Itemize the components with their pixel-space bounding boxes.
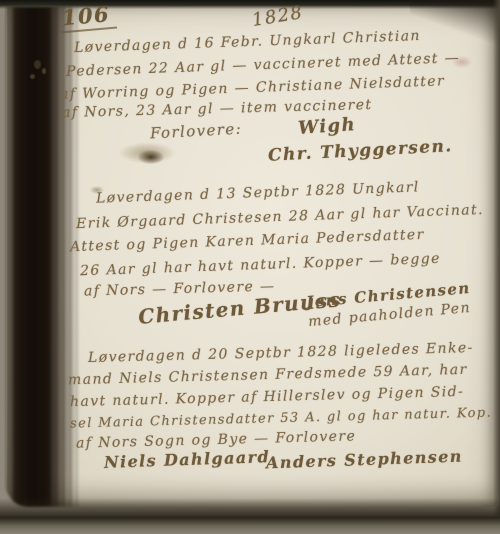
ink-blot: [30, 74, 35, 79]
ink-blot: [34, 60, 41, 69]
page-number: 106: [59, 1, 117, 34]
signature-wigh: Wigh: [297, 114, 356, 139]
ink-blot: [42, 68, 46, 74]
paper-stain: [138, 150, 164, 164]
book-binding: [6, 6, 78, 507]
photo-bottom-edge: [0, 498, 500, 534]
photo-right-edge: [493, 0, 500, 534]
scanned-parish-register-photo: 106 1828 Løverdagen d 16 Febr. Ungkarl C…: [0, 0, 500, 534]
photo-corner-shadow: [410, 0, 500, 46]
